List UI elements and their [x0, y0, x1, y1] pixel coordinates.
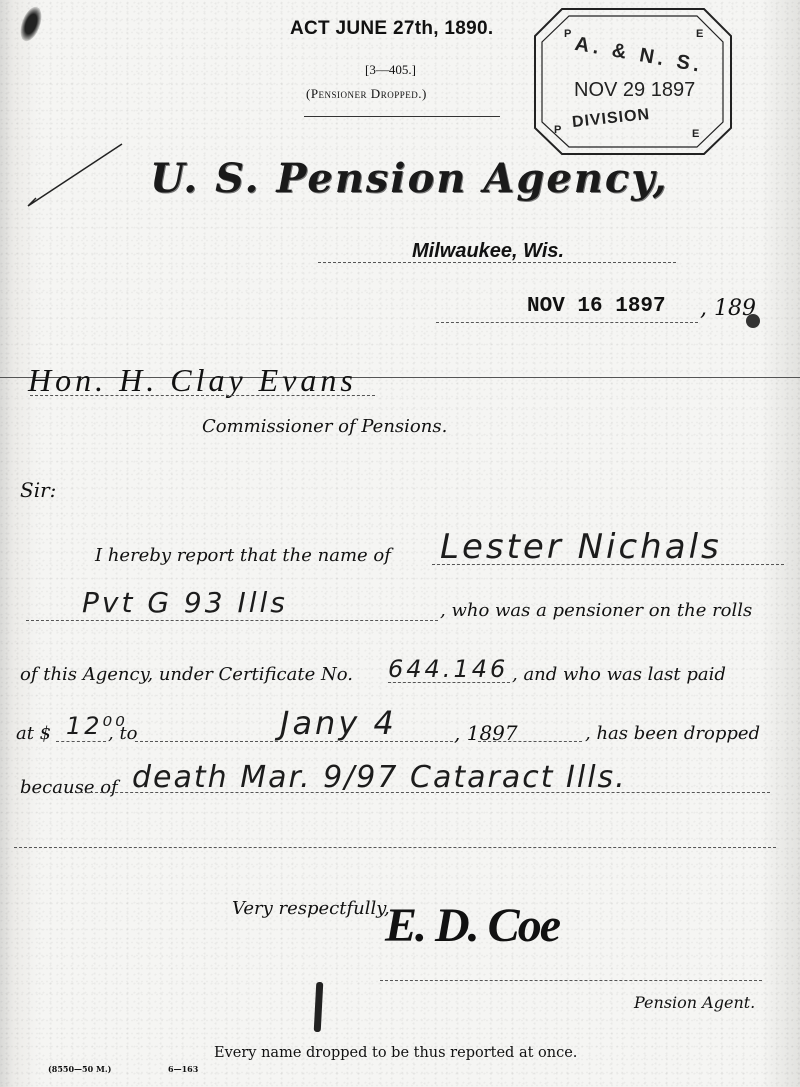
checkmark-icon	[22, 140, 132, 220]
date-stamp: NOV 16 1897	[527, 295, 666, 318]
name-line	[432, 564, 784, 565]
header-rule	[304, 116, 500, 117]
form-number: [3—405.]	[365, 62, 416, 78]
body-line-4-to: , to	[108, 723, 138, 744]
agency-title: U. S. Pension Agency,	[150, 155, 669, 202]
drop-reason: death Mar. 9/97 Cataract Ills.	[132, 760, 627, 795]
date-line	[436, 322, 698, 323]
form-title: (Pensioner Dropped.)	[306, 86, 427, 102]
body-line-4-suffix: , has been dropped	[585, 723, 760, 744]
certificate-line	[388, 682, 510, 683]
last-paid-date: Jany 4	[280, 704, 397, 742]
stamp-corner-tr: E	[696, 28, 703, 40]
certificate-number: 644.146	[388, 655, 508, 683]
rate-line	[56, 741, 106, 742]
signer-title: Pension Agent.	[634, 993, 755, 1012]
recipient-title: Commissioner of Pensions.	[202, 416, 447, 437]
closing-salutation: Very respectfully,	[232, 898, 390, 919]
body-line-1: I hereby report that the name of	[95, 545, 391, 566]
agent-signature: E. D. Coe	[385, 898, 559, 953]
reason-line-2	[14, 847, 776, 848]
recipient-line	[30, 395, 375, 396]
pensioner-unit: Pvt G 93 Ills	[82, 586, 288, 619]
stamp-corner-tl: P	[564, 28, 571, 40]
reason-line	[80, 792, 770, 793]
salutation: Sir:	[20, 478, 56, 502]
agency-city: Milwaukee, Wis.	[412, 240, 564, 263]
body-line-3-suffix: , and who was last paid	[512, 664, 726, 685]
pensioner-name: Lester Nichals	[440, 527, 722, 567]
body-line-5-prefix: because of	[20, 777, 118, 798]
signature-line	[380, 980, 762, 981]
unit-line	[26, 620, 438, 621]
received-stamp: A. & N. S. NOV 29 1897 DIVISION P E P E	[532, 6, 734, 156]
recipient-name: Hon. H. Clay Evans	[28, 362, 357, 399]
body-line-3-prefix: of this Agency, under Certificate No.	[20, 664, 353, 685]
last-paid-line	[135, 741, 453, 742]
body-line-4-prefix: at $	[16, 723, 51, 744]
print-code: (8550—50 M.)	[48, 1064, 111, 1074]
stamp-corner-br: E	[692, 128, 699, 140]
year-line	[478, 741, 582, 742]
ink-dot	[746, 314, 760, 328]
stamp-corner-bl: P	[554, 124, 561, 136]
form-code: 6—163	[168, 1064, 198, 1074]
city-line	[318, 262, 676, 263]
stamp-date: NOV 29 1897	[574, 79, 695, 102]
act-heading: ACT JUNE 27th, 1890.	[290, 18, 493, 40]
body-line-2: , who was a pensioner on the rolls	[440, 600, 752, 621]
footer-notice: Every name dropped to be thus reported a…	[214, 1045, 577, 1061]
